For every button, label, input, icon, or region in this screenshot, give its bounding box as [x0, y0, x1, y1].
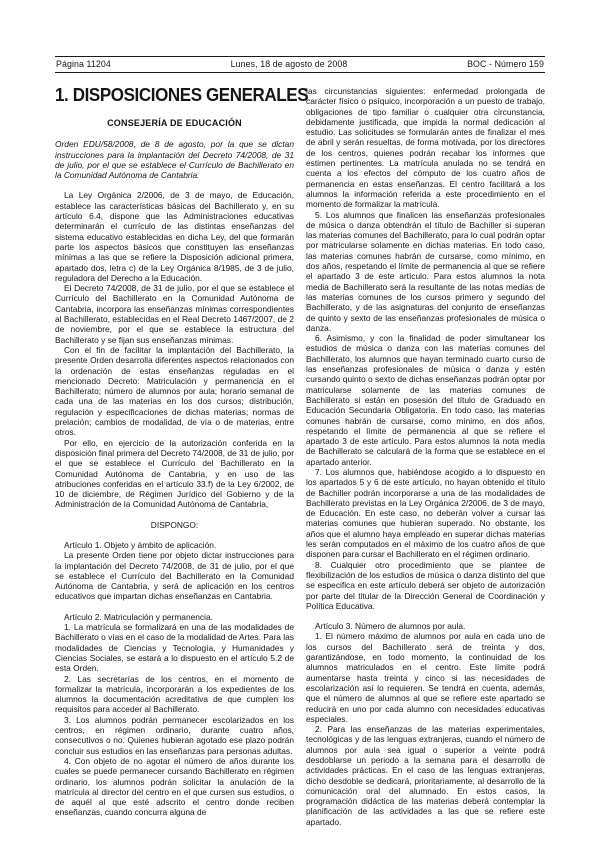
left-column-blocks: CONSEJERÍA DE EDUCACIÓNOrden EDU/58/2008…	[55, 118, 294, 818]
right-column: las circunstancias siguientes: enfermeda…	[306, 86, 545, 827]
paragraph: 3. Los alumnos podrán permanecer escolar…	[55, 715, 294, 756]
paragraph: La Ley Orgánica 2/2006, de 3 de mayo, de…	[55, 190, 294, 283]
section-title: 1. DISPOSICIONES GENERALES	[55, 86, 294, 105]
article-heading: Artículo 2. Matriculación y permanencia.	[55, 612, 294, 622]
header-page-number: Página 11204	[56, 59, 111, 69]
paragraph: La presente Orden tiene por objeto dicta…	[55, 550, 294, 601]
paragraph: 2. Para las enseñanzas de las materias e…	[306, 724, 545, 827]
article-heading: Artículo 3. Número de alumnos por aula.	[306, 621, 545, 631]
paragraph: 8. Cualquier otro procedimiento que se p…	[306, 560, 545, 611]
header-issue-number: BOC - Número 159	[467, 59, 544, 69]
paragraph: Con el fin de facilitar la implantación …	[55, 345, 294, 438]
boc-document-page: Página 11204 Lunes, 18 de agosto de 2008…	[0, 0, 595, 842]
paragraph: 1. El número máximo de alumnos por aula …	[306, 631, 545, 724]
paragraph: 2. Las secretarías de los centros, en el…	[55, 674, 294, 715]
two-column-content: 1. DISPOSICIONES GENERALES CONSEJERÍA DE…	[55, 86, 545, 827]
paragraph: 5. Los alumnos que finalicen las enseñan…	[306, 210, 545, 334]
paragraph: El Decreto 74/2008, de 31 de julio, por …	[55, 283, 294, 345]
left-column: 1. DISPOSICIONES GENERALES CONSEJERÍA DE…	[55, 86, 294, 827]
order-preamble: Orden EDU/58/2008, de 8 de agosto, por l…	[55, 139, 294, 180]
paragraph: 1. La matrícula se formalizará en una de…	[55, 622, 294, 673]
header-date: Lunes, 18 de agosto de 2008	[231, 59, 348, 69]
dispongo-heading: DISPONGO:	[55, 520, 294, 530]
page-header: Página 11204 Lunes, 18 de agosto de 2008…	[55, 56, 545, 73]
paragraph: 4. Con objeto de no agotar el número de …	[55, 756, 294, 818]
paragraph: 6. Asimismo, y con la finalidad de poder…	[306, 333, 545, 467]
paragraph: Por ello, en ejercicio de la autorizació…	[55, 438, 294, 510]
paragraph: 7. Los alumnos que, habiéndose acogido a…	[306, 467, 545, 560]
article-heading: Artículo 1. Objeto y ámbito de aplicació…	[55, 540, 294, 550]
department-heading: CONSEJERÍA DE EDUCACIÓN	[55, 118, 294, 128]
paragraph-continuation: las circunstancias siguientes: enfermeda…	[306, 86, 545, 210]
right-column-blocks: las circunstancias siguientes: enfermeda…	[306, 86, 545, 827]
